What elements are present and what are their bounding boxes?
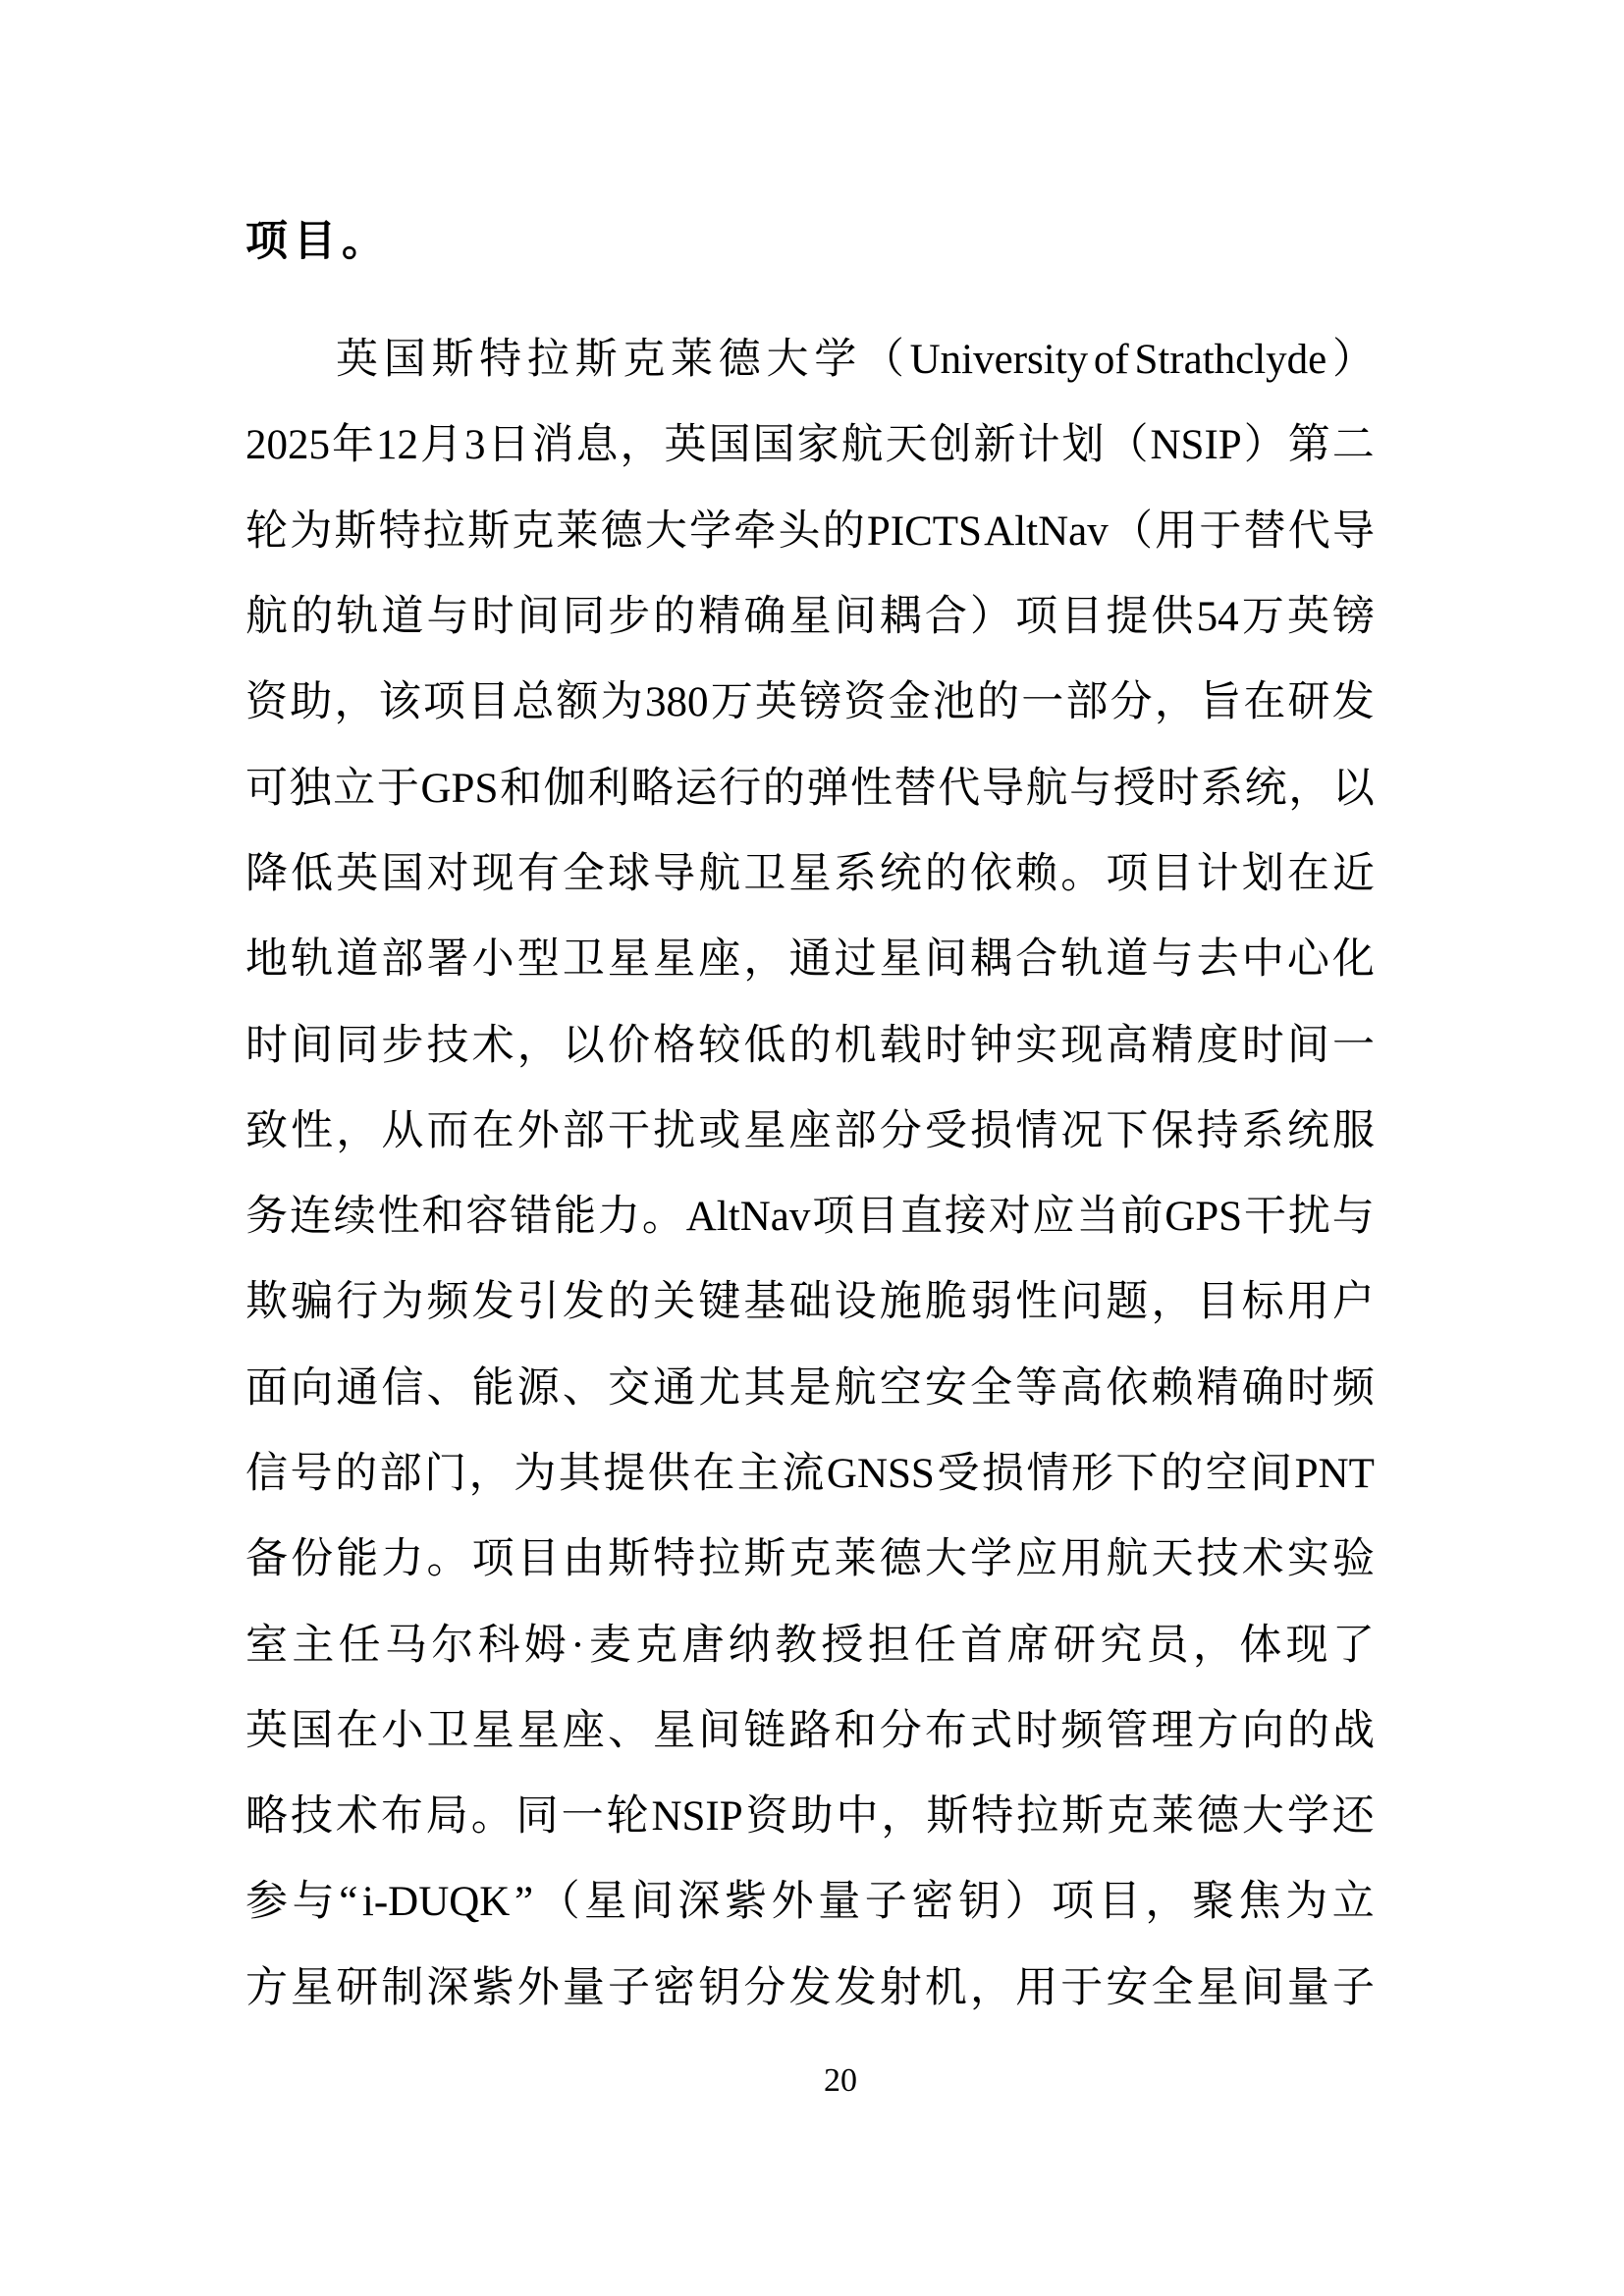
text-line: 信号的部门，为其提供在主流GNSS受损情形下的空间PNT <box>245 1431 1375 1517</box>
text-line: 面向通信、能源、交通尤其是航空安全等高依赖精确时频 <box>245 1346 1375 1431</box>
text-line: 方星研制深紫外量子密钥分发发射机，用于安全星间量子 <box>245 1946 1375 2031</box>
text-line: 地轨道部署小型卫星星座，通过星间耦合轨道与去中心化 <box>245 917 1375 1002</box>
paragraph-body: 英国斯特拉斯克莱德大学（UniversityofStrathclyde）2025… <box>245 317 1375 2031</box>
text-line: 略技术布局。同一轮NSIP资助中，斯特拉斯克莱德大学还 <box>245 1774 1375 1859</box>
text-line: 降低英国对现有全球导航卫星系统的依赖。项目计划在近 <box>245 831 1375 917</box>
text-line: 英国斯特拉斯克莱德大学（UniversityofStrathclyde） <box>245 317 1375 402</box>
text-line: 轮为斯特拉斯克莱德大学牵头的PICTSAltNav（用于替代导 <box>245 489 1375 574</box>
page-number: 20 <box>824 2064 857 2098</box>
text-line: 航的轨道与时间同步的精确星间耦合）项目提供54万英镑 <box>245 574 1375 660</box>
text-line: 可独立于GPS和伽利略运行的弹性替代导航与授时系统，以 <box>245 745 1375 830</box>
text-line: 务连续性和容错能力。AltNav项目直接对应当前GPS干扰与 <box>245 1174 1375 1259</box>
text-line: 资助，该项目总额为380万英镑资金池的一部分，旨在研发 <box>245 660 1375 745</box>
text-line: 室主任马尔科姆·麦克唐纳教授担任首席研究员，体现了 <box>245 1602 1375 1687</box>
text-line: 参与“i-DUQK”（星间深紫外量子密钥）项目，聚焦为立 <box>245 1859 1375 1945</box>
text-line: 2025年12月3日消息，英国国家航天创新计划（NSIP）第二 <box>245 402 1375 488</box>
document-page: 项目。 英国斯特拉斯克莱德大学（UniversityofStrathclyde）… <box>0 0 1624 2296</box>
text-line: 备份能力。项目由斯特拉斯克莱德大学应用航天技术实验 <box>245 1517 1375 1602</box>
text-line: 英国在小卫星星座、星间链路和分布式时频管理方向的战 <box>245 1688 1375 1774</box>
text-line: 时间同步技术，以价格较低的机载时钟实现高精度时间一 <box>245 1002 1375 1088</box>
text-line: 致性，从而在外部干扰或星座部分受损情况下保持系统服 <box>245 1089 1375 1174</box>
paragraph-end-text: 项目。 <box>245 199 390 285</box>
text-line: 欺骗行为频发引发的关键基础设施脆弱性问题，目标用户 <box>245 1259 1375 1345</box>
